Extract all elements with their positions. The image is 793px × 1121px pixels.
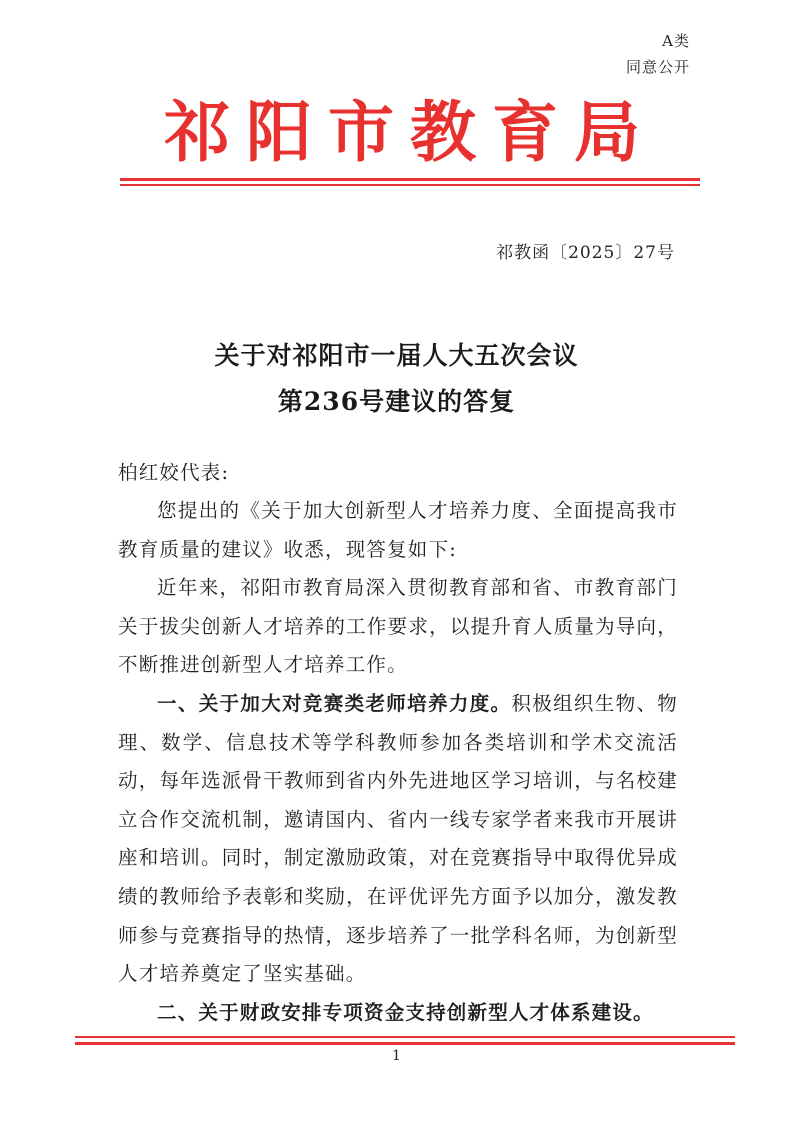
document-title-line-2: 第236号建议的答复 [100,382,693,422]
document-number: 祁教函〔2025〕27号 [430,238,675,263]
document-title-line-1: 关于对祁阳市一届人大五次会议 [100,336,693,376]
paragraph-text: 您提出的《关于加大创新型人才培养力度、全面提高我市教育质量的建议》收悉，现答复如… [118,499,678,561]
page-number: 1 [380,1048,413,1064]
disclosure-label: 同意公开 [590,56,690,77]
paragraph-heading: 二、关于财政安排专项资金支持创新型人才体系建设。 [157,1001,654,1024]
paragraph: 二、关于财政安排专项资金支持创新型人才体系建设。 [118,994,678,1033]
paragraph-text: 近年来，祁阳市教育局深入贯彻教育部和省、市教育部门关于拔尖创新人才培养的工作要求… [118,576,678,676]
classification-label: A类 [620,30,690,51]
paragraph-heading: 一、关于加大对竞赛类老师培养力度。 [157,692,511,715]
paragraph-text: 积极组织生物、物理、数学、信息技术等学科教师参加各类培训和学术交流活动，每年选派… [118,692,678,985]
paragraph: 您提出的《关于加大创新型人才培养力度、全面提高我市教育质量的建议》收悉，现答复如… [118,492,678,569]
paragraph: 一、关于加大对竞赛类老师培养力度。积极组织生物、物理、数学、信息技术等学科教师参… [118,685,678,994]
masthead-rule-thin [120,184,700,186]
footer-rule-thin [75,1036,735,1038]
agency-masthead: 祁阳市教育局 [130,92,690,172]
footer-rule-thick [75,1042,735,1045]
salutation: 柏红姣代表: [118,454,678,493]
paragraph: 近年来，祁阳市教育局深入贯彻教育部和省、市教育部门关于拔尖创新人才培养的工作要求… [118,569,678,685]
masthead-rule-thick [120,178,700,181]
document-body: 您提出的《关于加大创新型人才培养力度、全面提高我市教育质量的建议》收悉，现答复如… [118,492,678,1032]
